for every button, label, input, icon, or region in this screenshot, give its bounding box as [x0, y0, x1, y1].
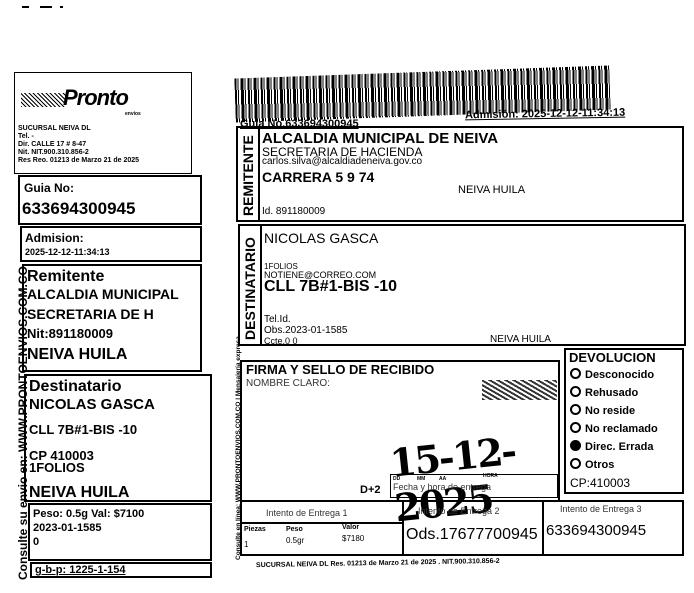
remitente-line: SECRETARIA DE H — [27, 306, 154, 322]
receipt-stub: Consulte su envio en: WWW.PRONTOENVIOS.C… — [0, 0, 230, 593]
main-destinatario-name: NICOLAS GASCA — [264, 230, 378, 246]
devolucion-title: DEVOLUCION — [569, 350, 656, 365]
devolucion-option[interactable]: Direc. Errada — [570, 440, 653, 453]
radio-icon[interactable] — [570, 458, 581, 469]
main-remitente-city: NEIVA HUILA — [458, 184, 525, 196]
valor-header: Valor — [342, 524, 359, 531]
remitente-line: ALCALDIA MUNICIPAL — [27, 286, 179, 302]
destinatario-city: NEIVA HUILA — [29, 484, 129, 502]
remitente-line: NEIVA HUILA — [27, 346, 127, 364]
devolucion-box: DEVOLUCION DesconocidoRehusadoNo resideN… — [564, 348, 684, 494]
main-remitente-id: Id. 891180009 — [262, 206, 325, 217]
intento-2: Intento de Entrega 2 — [418, 506, 500, 516]
fecha-hora-box: DD MM AA HORA Fecha y hora de entrega — [390, 474, 558, 498]
main-destinatario-ccte: Ccte.0 0 — [264, 336, 298, 346]
intento-3: Intento de Entrega 3 — [560, 504, 642, 514]
intentos-table: Intento de Entrega 1 Intento de Entrega … — [240, 500, 684, 556]
firma-title: FIRMA Y SELLO DE RECIBIDO — [246, 362, 434, 377]
branch-line: Tel. - — [18, 133, 34, 141]
brand-logo: Pronto — [63, 85, 128, 111]
gbp-line: g-b-p: 1225-1-154 — [35, 564, 125, 576]
guia-number: 633694300945 — [22, 199, 135, 219]
devolucion-option-label: No reclamado — [585, 423, 658, 435]
destinatario-folios: 1FOLIOS — [29, 460, 85, 475]
admision-value: 2025-12-12-11:34:13 — [25, 248, 110, 256]
main-remitente-box: REMITENTE ALCALDIA MUNICIPAL DE NEIVA SE… — [236, 126, 684, 222]
fecha-hora-caption: Fecha y hora de entrega — [393, 482, 491, 492]
devolucion-option[interactable]: No reside — [570, 404, 635, 417]
destinatario-vertical-label: DESTINATARIO — [242, 237, 258, 340]
footer-line: SUCURSAL NEIVA DL Res. 01213 de Marzo 21… — [256, 558, 500, 569]
devolucion-option[interactable]: Desconocido — [570, 368, 654, 381]
radio-icon[interactable] — [570, 386, 581, 397]
zero-line: 0 — [33, 536, 39, 548]
radio-icon[interactable] — [570, 404, 581, 415]
stub-remitente-box: Remitente ALCALDIA MUNICIPAL SECRETARIA … — [22, 264, 202, 372]
branch-line: Dir. CALLE 17 # 8-47 — [18, 141, 86, 149]
remitente-line: Nit:891180009 — [27, 326, 113, 341]
stub-guia-box: Guia No: 633694300945 — [18, 175, 202, 225]
remitente-vertical-label: REMITENTE — [240, 135, 256, 216]
main-destinatario-obs: Obs.2023-01-1585 — [264, 325, 347, 336]
devolucion-option-label: Rehusado — [585, 387, 638, 399]
main-destinatario-tel: Tel.Id. — [264, 314, 291, 325]
d-plus-two: D+2 — [360, 484, 381, 496]
intento-1: Intento de Entrega 1 — [266, 508, 348, 518]
guia-bottom: 633694300945 — [546, 522, 646, 539]
stub-admision-box: Admision: 2025-12-12-11:34:13 — [20, 226, 202, 262]
stub-peso-box: Peso: 0.5g Val: $7100 2023-01-1585 0 — [28, 503, 212, 561]
devolucion-option-label: No reside — [585, 405, 635, 417]
main-remitente-email: carlos.silva@alcaldiadeneiva.gov.co — [262, 156, 422, 167]
radio-icon[interactable] — [570, 368, 581, 379]
stub-gbp-box: g-b-p: 1225-1-154 — [30, 562, 212, 578]
devolucion-option-label: Direc. Errada — [585, 441, 653, 453]
devolucion-option-label: Otros — [585, 459, 614, 471]
destinatario-name: NICOLAS GASCA — [29, 396, 155, 413]
destinatario-address: CLL 7B#1-BIS -10 — [29, 422, 137, 437]
devolucion-option[interactable]: Rehusado — [570, 386, 638, 399]
peso-header: Peso — [286, 526, 303, 533]
stub-destinatario-box: Destinatario NICOLAS GASCA CLL 7B#1-BIS … — [24, 374, 212, 502]
logo-dots — [21, 93, 66, 107]
peso-value: 0.5gr — [286, 536, 304, 545]
devolucion-option[interactable]: Otros — [570, 458, 614, 471]
destinatario-label: Destinatario — [29, 378, 121, 396]
valor-value: $7180 — [342, 534, 364, 543]
devolucion-cp: CP:410003 — [570, 476, 630, 490]
radio-icon[interactable] — [570, 422, 581, 433]
main-destinatario-city: NEIVA HUILA — [490, 334, 551, 345]
admision-label: Admision: — [25, 231, 84, 245]
branch-line: Nit. NIT.900.310.856-2 — [18, 149, 89, 157]
branch-line: Res Reo. 01213 de Marzo 21 de 2025 — [18, 157, 139, 165]
obs-line: 2023-01-1585 — [33, 522, 102, 534]
piezas-value: 1 — [244, 540, 248, 549]
brand-sub: envios — [125, 111, 141, 117]
ods-number: Ods.17677700945 — [406, 526, 538, 544]
stub-header: Pronto envios SUCURSAL NEIVA DL Tel. - D… — [14, 72, 192, 174]
main-destinatario-box: DESTINATARIO NICOLAS GASCA 1FOLIOS NOTIE… — [238, 224, 686, 346]
radio-icon[interactable] — [570, 440, 581, 451]
firma-box: FIRMA Y SELLO DE RECIBIDO NOMBRE CLARO: … — [240, 360, 560, 502]
devolucion-option[interactable]: No reclamado — [570, 422, 658, 435]
piezas-header: Piezas — [244, 526, 266, 533]
remitente-label: Remitente — [27, 268, 104, 286]
peso-line: Peso: 0.5g Val: $7100 — [33, 508, 144, 520]
main-destinatario-address: CLL 7B#1-BIS -10 — [264, 278, 397, 296]
stamp-smudge — [482, 380, 557, 400]
main-admision-line: Admisión: 2025-12-12-11:34:13 — [465, 107, 625, 122]
devolucion-option-label: Desconocido — [585, 369, 654, 381]
main-remitente-address: CARRERA 5 9 74 — [262, 169, 374, 185]
branch-line: SUCURSAL NEIVA DL — [18, 125, 91, 133]
guia-label: Guia No: — [24, 181, 74, 195]
nombre-claro-label: NOMBRE CLARO: — [246, 378, 330, 389]
